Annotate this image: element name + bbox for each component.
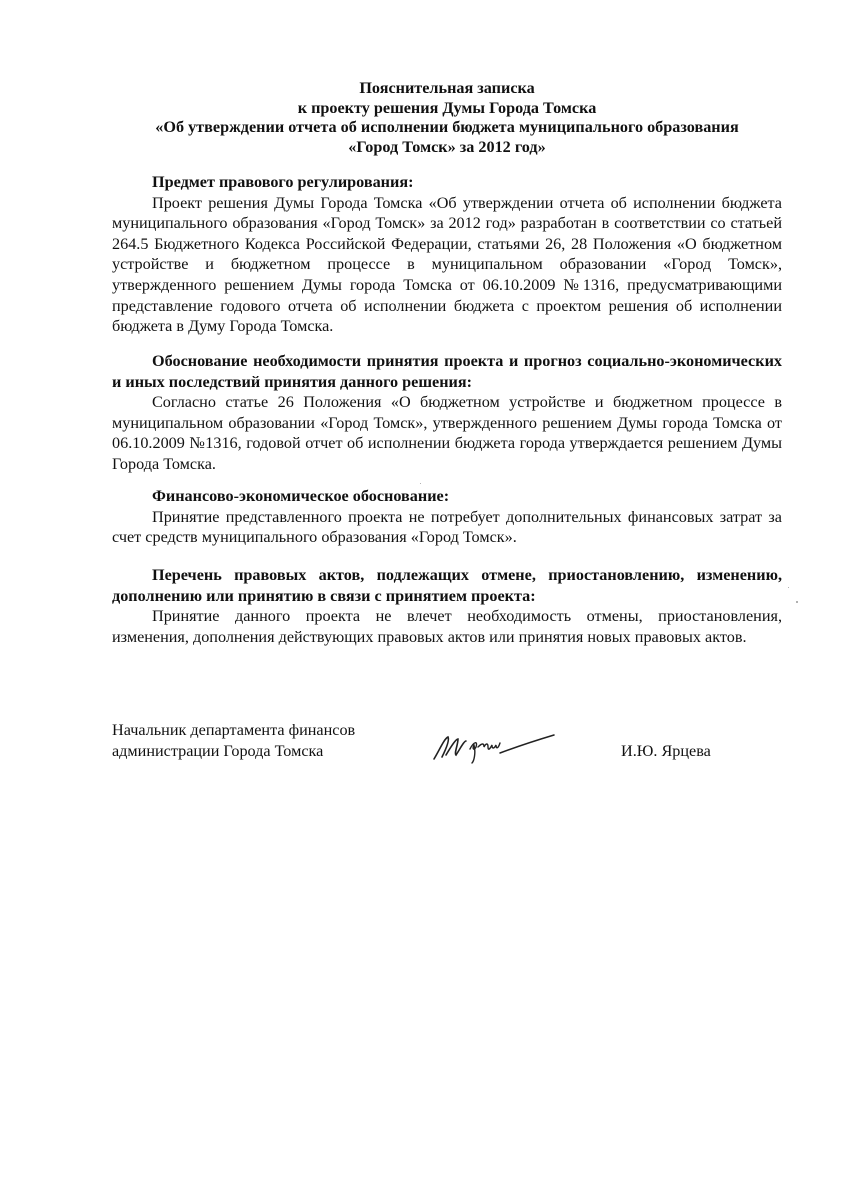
signatory-name: И.Ю. Ярцева	[621, 741, 711, 762]
section-financial: Финансово-экономическое обоснование: При…	[112, 486, 782, 548]
document-page: Пояснительная записка к проекту решения …	[0, 0, 850, 1196]
position-line: администрации Города Томска	[112, 741, 355, 762]
document-title: Пояснительная записка к проекту решения …	[112, 79, 782, 157]
section-legal-subject: Предмет правового регулирования: Проект …	[112, 172, 782, 337]
title-line: к проекту решения Думы Города Томска	[112, 99, 782, 119]
section-body: Проект решения Думы Города Томска «Об ут…	[112, 193, 782, 337]
section-legal-acts: Перечень правовых актов, подлежащих отме…	[112, 565, 782, 647]
title-line: «Об утверждении отчета об исполнении бюд…	[112, 118, 782, 138]
section-body: Согласно статье 26 Положения «О бюджетно…	[112, 392, 782, 474]
scan-speck	[788, 587, 789, 588]
scan-speck	[420, 483, 421, 484]
section-heading: Предмет правового регулирования:	[112, 172, 782, 193]
title-line: Пояснительная записка	[112, 79, 782, 99]
scan-speck	[796, 601, 798, 603]
section-heading: Финансово-экономическое обоснование:	[112, 486, 782, 507]
section-heading: Перечень правовых актов, подлежащих отме…	[112, 565, 782, 606]
section-body: Принятие данного проекта не влечет необх…	[112, 606, 782, 647]
handwritten-signature	[430, 727, 560, 767]
section-heading: Обоснование необходимости принятия проек…	[112, 351, 782, 392]
title-line: «Город Томск» за 2012 год»	[112, 138, 782, 158]
position-line: Начальник департамента финансов	[112, 720, 355, 741]
signatory-position: Начальник департамента финансов админист…	[112, 720, 355, 761]
section-body: Принятие представленного проекта не потр…	[112, 507, 782, 548]
section-justification: Обоснование необходимости принятия проек…	[112, 351, 782, 475]
